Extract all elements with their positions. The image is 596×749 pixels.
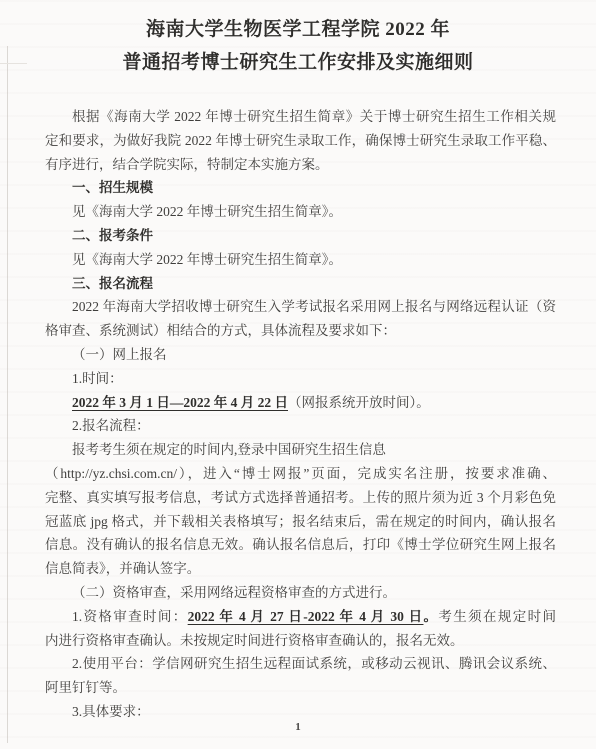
text-run: 二、报考条件 bbox=[72, 228, 153, 243]
text-line: 1.时间： bbox=[45, 367, 556, 391]
text-line: （二）资格审查，采用网络远程资格审查的方式进行。 bbox=[45, 581, 556, 605]
text-run: 三、报名流程 bbox=[72, 276, 153, 291]
title-line-2: 普通招考博士研究生工作安排及实施细则 bbox=[0, 46, 596, 79]
text-line: 一、招生规模 bbox=[45, 176, 556, 200]
text-line: 信息。没有确认的报名信息无效。确认报名信息后，打印《博士学位研究生网上报名 bbox=[45, 533, 556, 557]
text-line: 完整、真实填写报考信息，考试方式选择普通招考。上传的照片须为近 3 个月彩色免 bbox=[45, 486, 556, 510]
text-line: 2022 年 3 月 1 日—2022 年 4 月 22 日（网报系统开放时间）… bbox=[45, 391, 556, 415]
text-run: 完整、真实填写报考信息，考试方式选择普通招考。上传的照片须为近 3 个月彩色免 bbox=[45, 490, 556, 505]
underlined-date-text: 2022 年 3 月 1 日—2022 年 4 月 22 日 bbox=[72, 395, 288, 410]
text-run: 2.报名流程： bbox=[72, 418, 150, 433]
text-run: 信息简表》，并确认签字。 bbox=[45, 561, 200, 576]
document-page: 海南大学生物医学工程学院 2022 年 普通招考博士研究生工作安排及实施细则 根… bbox=[0, 0, 596, 749]
text-line: 2022 年海南大学招收博士研究生入学考试报名采用网上报名与网络远程认证（资 bbox=[45, 295, 556, 319]
text-run: 考生须在规定时间 bbox=[438, 609, 556, 624]
text-run: （二）资格审查，采用网络远程资格审查的方式进行。 bbox=[72, 585, 396, 600]
text-line: 有序进行，结合学院实际，特制定本实施方案。 bbox=[45, 153, 556, 177]
text-run: 1.资格审查时间： bbox=[72, 609, 188, 624]
page-number: 1 bbox=[0, 721, 596, 739]
text-run: 信息。没有确认的报名信息无效。确认报名信息后，打印《博士学位研究生网上报名 bbox=[45, 537, 556, 552]
text-run: 。 bbox=[423, 609, 438, 624]
text-line: 见《海南大学 2022 年博士研究生招生简章》。 bbox=[45, 248, 556, 272]
text-run: （网报系统开放时间）。 bbox=[288, 395, 430, 410]
text-run: 内进行资格审查确认。未按规定时间进行资格审查确认的，报名无效。 bbox=[45, 633, 464, 648]
text-run: 定和要求，为做好我院 2022 年博士研究生录取工作，确保博士研究生录取工作平稳… bbox=[45, 133, 556, 148]
scanned-document-screenshot: { "page": { "page_number": "1", "colors"… bbox=[0, 0, 596, 749]
text-run: 报考考生须在规定的时间内,登录中国研究生招生信息 bbox=[72, 442, 386, 457]
text-line: 二、报考条件 bbox=[45, 224, 556, 248]
text-line: 见《海南大学 2022 年博士研究生招生简章》。 bbox=[45, 200, 556, 224]
text-run: 有序进行，结合学院实际，特制定本实施方案。 bbox=[45, 157, 329, 172]
text-run: 冠蓝底 jpg 格式，并下载相关表格填写；报名结束后，需在规定的时间内，确认报名 bbox=[45, 514, 556, 529]
text-run: 阿里钉钉等。 bbox=[45, 680, 126, 695]
text-run: （一）网上报名 bbox=[72, 347, 167, 362]
text-run: 根据《海南大学 2022 年博士研究生招生简章》关于博士研究生招生工作相关规 bbox=[72, 109, 556, 124]
text-run: 3.具体要求： bbox=[72, 704, 150, 719]
text-run: 格审查、系统测试）相结合的方式，具体流程及要求如下： bbox=[45, 323, 396, 338]
text-line: 2.使用平台：学信网研究生招生远程面试系统，或移动云视讯、腾讯会议系统、 bbox=[45, 652, 556, 676]
text-line: 信息简表》，并确认签字。 bbox=[45, 557, 556, 581]
text-line: （一）网上报名 bbox=[45, 343, 556, 367]
text-run: 2022 年海南大学招收博士研究生入学考试报名采用网上报名与网络远程认证（资 bbox=[72, 299, 556, 314]
text-line: 报考考生须在规定的时间内,登录中国研究生招生信息 bbox=[45, 438, 556, 462]
text-run: 见《海南大学 2022 年博士研究生招生简章》。 bbox=[72, 252, 342, 267]
text-line: 1.资格审查时间：2022 年 4 月 27 日-2022 年 4 月 30 日… bbox=[45, 605, 556, 629]
text-line: 定和要求，为做好我院 2022 年博士研究生录取工作，确保博士研究生录取工作平稳… bbox=[45, 129, 556, 153]
scan-edge-vertical-line bbox=[7, 46, 8, 743]
text-line: 冠蓝底 jpg 格式，并下载相关表格填写；报名结束后，需在规定的时间内，确认报名 bbox=[45, 510, 556, 534]
text-line: 格审查、系统测试）相结合的方式，具体流程及要求如下： bbox=[45, 319, 556, 343]
text-line: 三、报名流程 bbox=[45, 272, 556, 296]
text-line: 根据《海南大学 2022 年博士研究生招生简章》关于博士研究生招生工作相关规 bbox=[45, 105, 556, 129]
text-run: 一、招生规模 bbox=[72, 180, 153, 195]
text-run: 1.时间： bbox=[72, 371, 123, 386]
document-body: 根据《海南大学 2022 年博士研究生招生简章》关于博士研究生招生工作相关规定和… bbox=[45, 105, 556, 724]
text-line: （http://yz.chsi.com.cn/），进入“博士网报”页面，完成实名… bbox=[45, 462, 556, 486]
text-line: 阿里钉钉等。 bbox=[45, 676, 556, 700]
document-title: 海南大学生物医学工程学院 2022 年 普通招考博士研究生工作安排及实施细则 bbox=[0, 13, 596, 79]
text-line: 2.报名流程： bbox=[45, 414, 556, 438]
text-run: 见《海南大学 2022 年博士研究生招生简章》。 bbox=[72, 204, 342, 219]
text-run: （http://yz.chsi.com.cn/），进入“博士网报”页面，完成实名… bbox=[45, 466, 556, 481]
title-line-1: 海南大学生物医学工程学院 2022 年 bbox=[0, 13, 596, 46]
text-run: 2.使用平台：学信网研究生招生远程面试系统，或移动云视讯、腾讯会议系统、 bbox=[72, 656, 556, 671]
text-line: 内进行资格审查确认。未按规定时间进行资格审查确认的，报名无效。 bbox=[45, 629, 556, 653]
underlined-date-text: 2022 年 4 月 27 日-2022 年 4 月 30 日 bbox=[188, 609, 424, 624]
